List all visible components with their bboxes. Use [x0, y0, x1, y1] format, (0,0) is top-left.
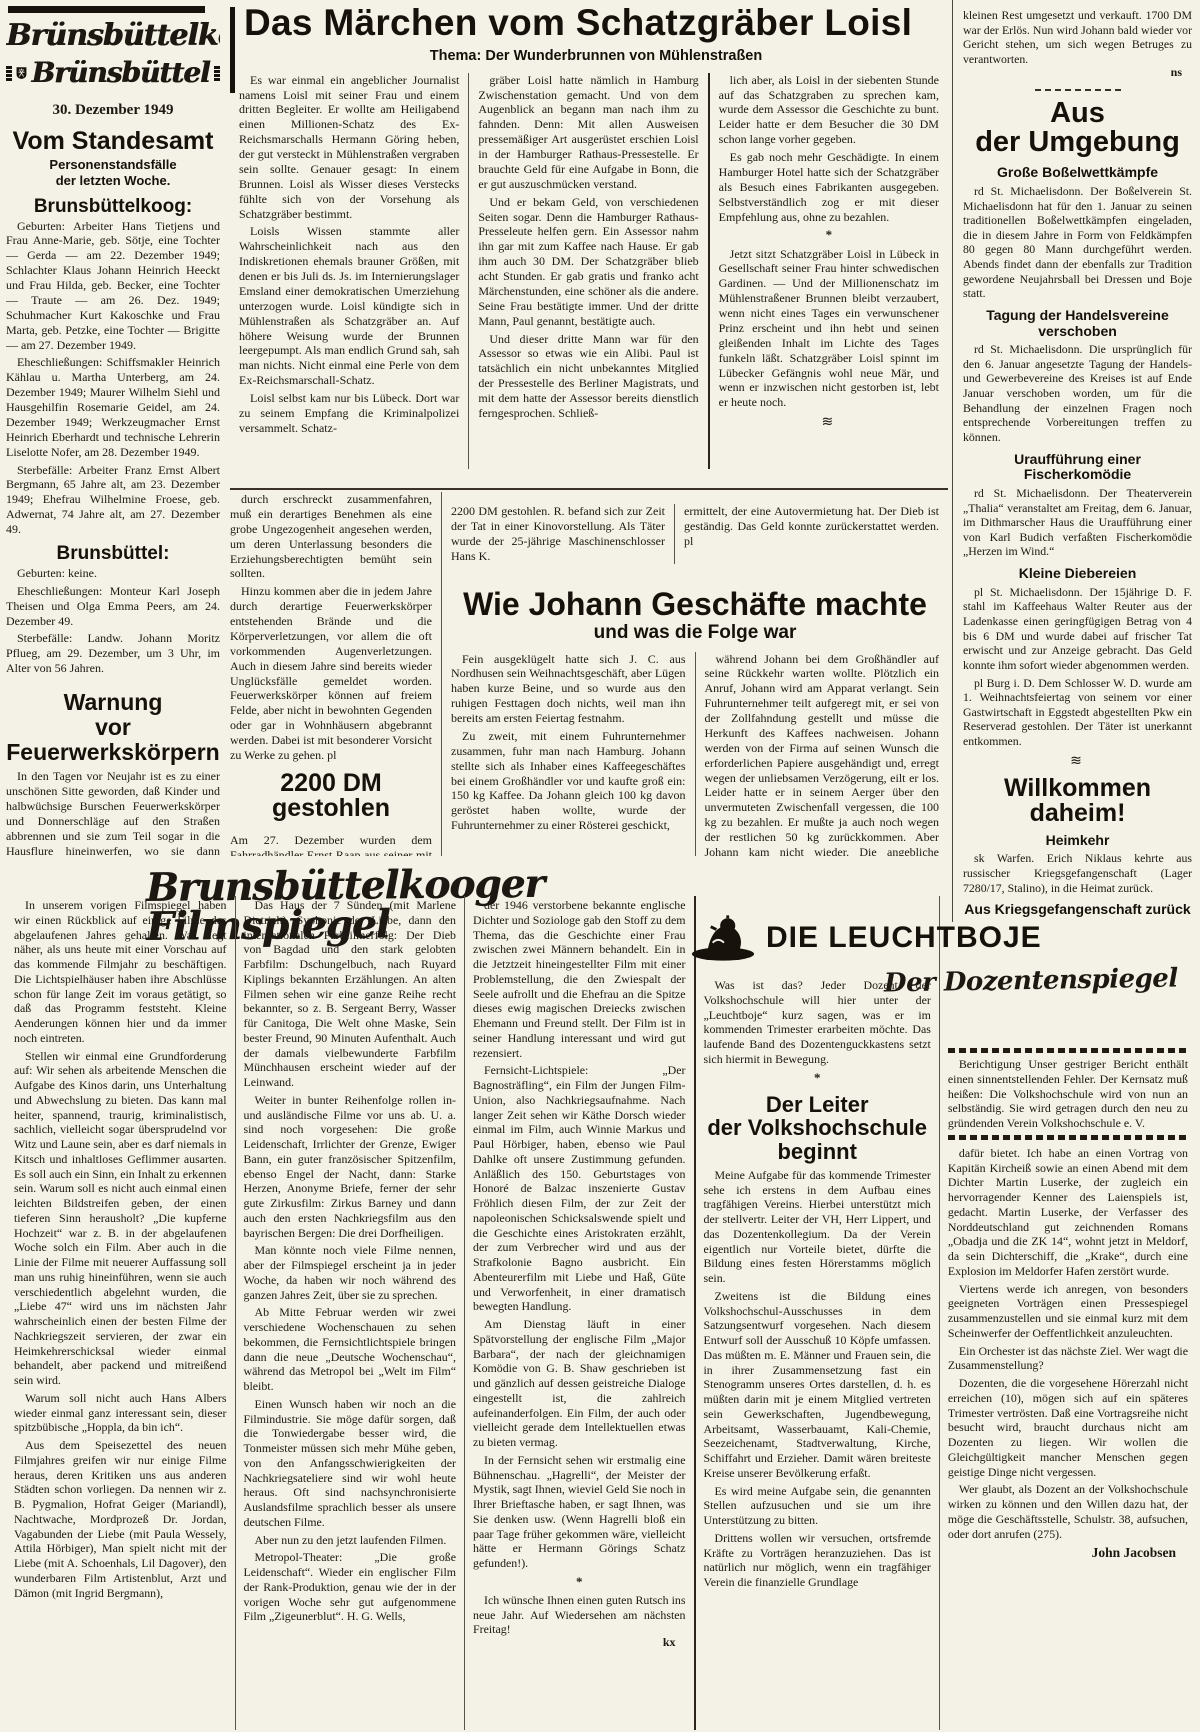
buettel-paragraphs: Geburten: keine.Eheschließungen: Monteur…	[6, 566, 220, 676]
warnung-title-line2: vor Feuerwerkskörpern	[6, 714, 219, 765]
johann-subhead: und was die Folge war	[442, 622, 948, 644]
feuerwerk-continuation-column: durch erschreckt zusammenfahren, muß ein…	[230, 492, 442, 856]
left-column: Brünsbüttelkoog Brünsbüttel 30. Dezember…	[6, 4, 220, 860]
paragraph: Meine Aufgabe für das kommende Trimester…	[704, 1168, 931, 1286]
leiter-headline-line3: beginnt	[777, 1139, 856, 1164]
umgebung-item-head-1: Tagung der Handelsvereine verschoben	[963, 308, 1192, 339]
umgebung-item-paras-3: pl St. Michaelisdonn. Der 15jährige D. F…	[963, 585, 1192, 749]
masthead-bar-left	[6, 66, 12, 81]
paragraph: Metropol-Theater: „Die große Leidenschaf…	[244, 1550, 457, 1624]
filmspiegel-col-1: In unserem vorigen Filmspiegel haben wir…	[6, 896, 235, 1730]
paragraph: durch erschreckt zusammenfahren, muß ein…	[230, 492, 432, 581]
umgebung-item-paras-2: rd St. Michaelisdonn. Der Theaterverein …	[963, 486, 1192, 559]
bottom-right-paragraphs: dafür bietet. Ich habe an einen Vortrag …	[948, 1146, 1188, 1542]
leiter-headline: Der Leiter der Volkshochschule beginnt	[704, 1093, 931, 1164]
masthead-top-bar	[8, 6, 205, 13]
issue-date: 30. Dezember 1949	[6, 102, 220, 119]
masthead-title-line1: Brünsbüttelkoog	[6, 21, 220, 51]
paragraph: der 1946 verstorbene bekannte englische …	[473, 898, 686, 1060]
feuerwerk-continuation: durch erschreckt zusammenfahren, muß ein…	[230, 492, 432, 763]
standesamt-kicker-1: Personenstandsfälle	[6, 157, 220, 173]
umgebung-item-head-0: Große Boßelwettkämpfe	[963, 165, 1192, 181]
johann-article: Wie Johann Geschäfte machte und was die …	[442, 576, 948, 652]
warnung-paragraphs: In den Tagen vor Neujahr ist es zu einer…	[6, 769, 220, 860]
maerchen-col-3a: lich aber, als Loisl in der siebenten St…	[719, 73, 939, 225]
author-signature: John Jacobsen	[948, 1545, 1188, 1562]
umgebung-item-head-3: Kleine Diebereien	[963, 566, 1192, 582]
paragraph: Wer glaubt, als Dozent an der Volkshochs…	[948, 1482, 1188, 1541]
leiter-headline-line2: der Volkshochschule	[707, 1115, 927, 1140]
maerchen-headline-row: Das Märchen vom Schatzgräber Loisl Thema…	[230, 4, 948, 64]
wave-separator: ≋	[719, 414, 939, 431]
paragraph: Das Haus der 7 Sünden (mit Marlene Dietr…	[244, 898, 457, 1090]
buettel-heading: Brunsbüttel:	[6, 544, 220, 563]
paragraph: gräber Loisl hatte nämlich in Hamburg Zw…	[478, 73, 698, 192]
johann-columns: Fein ausgeklügelt hatte sich J. C. aus N…	[442, 652, 948, 857]
paragraph: Und er bekam Geld, von verschiedenen Sei…	[478, 195, 698, 329]
paragraph: In der Fernsicht sehen wir erstmalig ein…	[473, 1453, 686, 1571]
paragraph: Drittens wollen wir versuchen, ortsfremd…	[704, 1531, 931, 1590]
maerchen-col-3b: Jetzt sitzt Schatzgräber Loisl in Lübeck…	[719, 247, 939, 411]
filmspiegel-col-3: der 1946 verstorbene bekannte englische …	[464, 896, 694, 1730]
wave-separator: ≋	[963, 753, 1192, 769]
umgebung-item-head-2: Uraufführung einer Fischerkomödie	[963, 452, 1192, 483]
paragraph: Loisls Wissen stammte aller Wahrscheinli…	[239, 224, 459, 388]
star-separator: *	[473, 1574, 686, 1590]
paragraph: Ein Orchester ist das nächste Ziel. Wer …	[948, 1344, 1188, 1374]
maerchen-article: Das Märchen vom Schatzgräber Loisl Thema…	[230, 4, 948, 490]
paragraph: rd St. Michaelisdonn. Die ursprünglich f…	[963, 342, 1192, 444]
city-crest-icon	[16, 53, 27, 93]
johann-continuation: kleinen Rest umgesetzt und verkauft. 170…	[963, 8, 1192, 67]
headline-rule-bar	[230, 7, 235, 93]
paragraph: Jetzt sitzt Schatzgräber Loisl in Lübeck…	[719, 247, 939, 411]
bottom-band: In unserem vorigen Filmspiegel haben wir…	[6, 896, 1196, 1730]
wavy-rule-bottom	[948, 1135, 1188, 1140]
paragraph: In den Tagen vor Neujahr ist es zu einer…	[6, 769, 220, 860]
paragraph: dafür bietet. Ich habe an einen Vortrag …	[948, 1146, 1188, 1279]
paragraph: Zu zweit, mit einem Fuhrunternehmer zusa…	[451, 729, 686, 833]
maerchen-subhead: Thema: Der Wunderbrunnen von Mühlenstraß…	[244, 48, 948, 64]
paragraph: Es wird meine Aufgabe sein, die genannte…	[704, 1484, 931, 1528]
paragraph: Eheschließungen: Monteur Karl Joseph The…	[6, 584, 220, 629]
umgebung-title: Aus der Umgebung	[963, 99, 1192, 159]
star-separator: *	[719, 227, 939, 243]
masthead-title-text: Brünsbüttel	[31, 59, 209, 87]
diebstahl-fragments: 2200 DM gestohlen. R. befand sich zur Ze…	[442, 492, 948, 576]
leuchtboje-header: DIE LEUCHTBOJE	[690, 914, 1170, 962]
diebstahl-col-3: ermittelt, der eine Autovermietung hat. …	[674, 504, 948, 564]
diebstahl-headline: 2200 DM gestohlen	[230, 771, 432, 821]
maerchen-col-3: lich aber, als Loisl in der siebenten St…	[708, 73, 948, 469]
leuchtboje-column: Was ist das? Jeder Dozent der Volkshochs…	[694, 896, 939, 1730]
paragraph: Hinzu kommen aber die in jedem Jahre dur…	[230, 584, 432, 763]
paragraph: Loisl selbst kam nur bis Lübeck. Dort wa…	[239, 391, 459, 436]
paragraph: Aber nun zu den jetzt laufenden Filmen.	[244, 1533, 457, 1548]
koog-heading: Brunsbüttelkoog:	[6, 197, 220, 216]
masthead-bar-right	[214, 66, 220, 81]
leuchtboje-title: DIE LEUCHTBOJE	[766, 921, 1042, 955]
umgebung-title-line1: Aus	[1050, 97, 1105, 129]
willkommen-item-head-0: Heimkehr	[963, 833, 1192, 849]
paragraph: sk Warfen. Erich Niklaus kehrte aus russ…	[963, 851, 1192, 895]
right-column: kleinen Rest umgesetzt und verkauft. 170…	[952, 0, 1196, 922]
dozentenspiegel-script-subtitle: Der Dozentenspiegel	[884, 963, 1178, 998]
leiter-headline-line1: Der Leiter	[766, 1092, 869, 1117]
paragraph: In unserem vorigen Filmspiegel haben wir…	[14, 898, 227, 1046]
paragraph: Geburten: Arbeiter Hans Tietjens und Fra…	[6, 219, 220, 353]
paragraph: Ab Mitte Februar werden wir zwei verschi…	[244, 1305, 457, 1394]
paragraph: Eheschließungen: Schiffsmakler Heinrich …	[6, 355, 220, 459]
paragraph: Warum soll nicht auch Hans Albers wieder…	[14, 1391, 227, 1435]
warnung-title-line1: Warnung	[64, 689, 163, 715]
bottom-right-column: Berichtigung Unser gestriger Bericht ent…	[939, 896, 1196, 1730]
paragraph: Zweitens ist die Bildung eines Volkshoch…	[704, 1289, 931, 1481]
johann-col-2: während Johann bei dem Großhändler auf s…	[695, 652, 949, 857]
paragraph: Sterbefälle: Landw. Johann Moritz Pflueg…	[6, 631, 220, 676]
maerchen-col-1: Es war einmal ein angeblicher Journalist…	[230, 73, 468, 469]
berichtigung-text: Berichtigung Unser gestriger Bericht ent…	[948, 1057, 1188, 1131]
middle-band: durch erschreckt zusammenfahren, muß ein…	[230, 492, 948, 856]
berichtigung-box: Berichtigung Unser gestriger Bericht ent…	[948, 1048, 1188, 1140]
filmspiegel-signature: kx	[473, 1635, 686, 1650]
paragraph: rd St. Michaelisdonn. Der Theaterverein …	[963, 486, 1192, 559]
leuchtboje-illustration	[690, 914, 756, 962]
paragraph: Stellen wir einmal eine Grundforderung a…	[14, 1049, 227, 1388]
umgebung-title-line2: der Umgebung	[975, 126, 1180, 158]
paragraph: Es gab noch mehr Geschädigte. In einem H…	[719, 150, 939, 224]
warnung-section: Warnung vor Feuerwerkskörpern In den Tag…	[6, 690, 220, 860]
paragraph: Geburten: keine.	[6, 566, 220, 581]
maerchen-headline: Das Märchen vom Schatzgräber Loisl	[244, 4, 948, 42]
filmspiegel-col-2: Das Haus der 7 Sünden (mit Marlene Dietr…	[235, 896, 465, 1730]
filmspiegel-col-3-paras: der 1946 verstorbene bekannte englische …	[473, 898, 686, 1571]
masthead-title-line2: Brünsbüttel	[6, 53, 220, 93]
paragraph: Am Dienstag läuft in einer Spätvorstellu…	[473, 1317, 686, 1450]
johann-col-1: Fein ausgeklügelt hatte sich J. C. aus N…	[442, 652, 695, 857]
paragraph: Einen Wunsch haben wir noch an die Filmi…	[244, 1397, 457, 1530]
diebstahl-col-2: 2200 DM gestohlen. R. befand sich zur Ze…	[442, 504, 674, 564]
willkommen-item-paras-0: sk Warfen. Erich Niklaus kehrte aus russ…	[963, 851, 1192, 895]
koog-paragraphs: Geburten: Arbeiter Hans Tietjens und Fra…	[6, 219, 220, 537]
filmspiegel-closing: Ich wünsche Ihnen einen guten Rutsch ins…	[473, 1593, 686, 1637]
paragraph: Sterbefälle: Arbeiter Franz Ernst Albert…	[6, 463, 220, 537]
paragraph: Dozenten, die die vorgesehene Hörerzahl …	[948, 1376, 1188, 1479]
diebstahl-col-1: Am 27. Dezember wurden dem Fahrradhändle…	[230, 833, 432, 856]
middle-band-right: 2200 DM gestohlen. R. befand sich zur Ze…	[442, 492, 948, 856]
johann-continuation-signature: ns	[963, 65, 1192, 80]
leiter-paragraphs: Meine Aufgabe für das kommende Trimester…	[704, 1168, 931, 1590]
paragraph: während Johann bei dem Großhändler auf s…	[705, 652, 940, 857]
standesamt-kicker-2: der letzten Woche.	[6, 173, 220, 189]
paragraph: Fein ausgeklügelt hatte sich J. C. aus N…	[451, 652, 686, 726]
paragraph: rd St. Michaelisdonn. Der Boßelverein St…	[963, 184, 1192, 301]
paragraph: Es war einmal ein angeblicher Journalist…	[239, 73, 459, 222]
paragraph: pl Burg i. D. Dem Schlosser W. D. wurde …	[963, 676, 1192, 749]
standesamt-title: Vom Standesamt	[6, 129, 220, 154]
johann-headline: Wie Johann Geschäfte machte	[442, 588, 948, 620]
paragraph: Weiter in bunter Reihenfolge rollen in- …	[244, 1093, 457, 1241]
star-separator: *	[704, 1070, 931, 1086]
paragraph: Fernsicht-Lichtspiele: „Der Bagnosträfli…	[473, 1063, 686, 1314]
umgebung-item-paras-0: rd St. Michaelisdonn. Der Boßelverein St…	[963, 184, 1192, 301]
maerchen-col-2: gräber Loisl hatte nämlich in Hamburg Zw…	[468, 73, 707, 469]
wavy-rule-top	[948, 1048, 1188, 1053]
masthead: Brünsbüttelkoog Brünsbüttel 30. Dezember…	[6, 6, 220, 119]
warnung-title: Warnung vor Feuerwerkskörpern	[6, 690, 220, 764]
maerchen-columns: Es war einmal ein angeblicher Journalist…	[230, 73, 948, 469]
paragraph: Und dieser dritte Mann war für den Asses…	[478, 332, 698, 421]
paragraph: lich aber, als Loisl in der siebenten St…	[719, 73, 939, 147]
paragraph: Viertens werde ich anregen, von besonder…	[948, 1282, 1188, 1341]
standesamt-section: Vom Standesamt Personenstandsfälle der l…	[6, 129, 220, 676]
newspaper-page: { "decor": { "star": "*", "wave": "≋" },…	[0, 0, 1200, 1732]
willkommen-title: Willkommen daheim!	[963, 776, 1192, 826]
paragraph: Man könnte noch viele Filme nennen, aber…	[244, 1243, 457, 1302]
dashed-divider	[1035, 89, 1121, 91]
paragraph: pl St. Michaelisdonn. Der 15jährige D. F…	[963, 585, 1192, 673]
umgebung-item-paras-1: rd St. Michaelisdonn. Die ursprünglich f…	[963, 342, 1192, 444]
paragraph: Aus dem Speisezettel des neuen Filmjahre…	[14, 1438, 227, 1600]
umgebung-section: Aus der Umgebung Große Boßelwettkämpfe r…	[963, 99, 1192, 769]
